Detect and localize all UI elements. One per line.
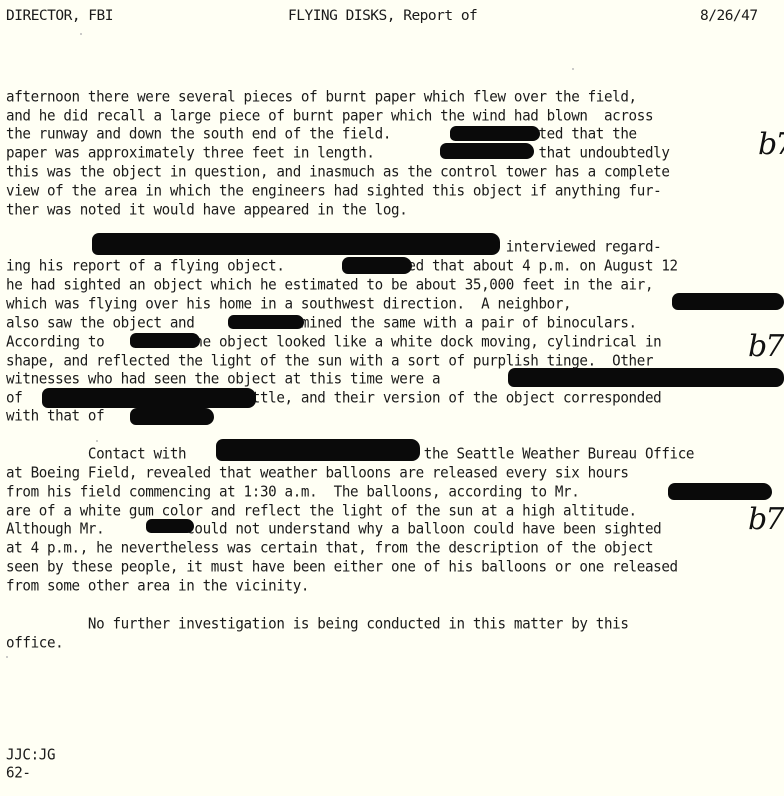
- text-line: this was the object in question, and ina…: [6, 163, 670, 182]
- redaction-bar: [668, 483, 772, 500]
- text-line: No further investigation is being conduc…: [6, 615, 629, 634]
- header-recipient: DIRECTOR, FBI: [6, 8, 113, 24]
- redaction-bar: [42, 388, 256, 408]
- text-line: office.: [6, 634, 63, 653]
- redaction-bar: [130, 333, 200, 348]
- text-line: from some other area in the vicinity.: [6, 577, 309, 596]
- scan-speck: [80, 33, 82, 35]
- header-date: 8/26/47: [700, 8, 758, 24]
- text-line: the runway and down the south end of the…: [6, 125, 637, 144]
- text-line: from his field commencing at 1:30 a.m. T…: [6, 483, 579, 502]
- text-line: Although Mr. could not understand why a …: [6, 520, 661, 539]
- file-code: 62-: [6, 764, 31, 783]
- redaction-bar: [342, 257, 412, 274]
- handwritten-exemption-mark: b7: [748, 505, 782, 535]
- handwritten-exemption-mark: b7: [758, 130, 784, 160]
- redaction-bar: [92, 233, 500, 255]
- typist-initials: JJC:JG: [6, 746, 55, 765]
- text-line: are of a white gum color and reflect the…: [6, 502, 637, 521]
- redaction-bar: [672, 293, 784, 310]
- text-line: ther was noted it would have appeared in…: [6, 201, 407, 220]
- document-page: DIRECTOR, FBI FLYING DISKS, Report of 8/…: [0, 0, 784, 796]
- text-line: paper was approximately three feet in le…: [6, 144, 670, 163]
- scan-speck: [572, 68, 574, 70]
- redaction-bar: [146, 519, 194, 533]
- redaction-bar: [440, 143, 534, 159]
- redaction-bar: [130, 408, 214, 425]
- scan-speck: [6, 656, 8, 658]
- redaction-bar: [228, 315, 304, 329]
- text-line: and he did recall a large piece of burnt…: [6, 107, 653, 126]
- text-line: witnesses who had seen the object at thi…: [6, 370, 440, 389]
- text-line: afternoon there were several pieces of b…: [6, 88, 637, 107]
- text-line: According to the object looked like a wh…: [6, 333, 661, 352]
- text-line: he had sighted an object which he estima…: [6, 276, 653, 295]
- header-subject: FLYING DISKS, Report of: [288, 8, 477, 24]
- text-line: seen by these people, it must have been …: [6, 558, 678, 577]
- text-line: at Boeing Field, revealed that weather b…: [6, 464, 629, 483]
- redaction-bar: [450, 126, 540, 141]
- text-line: also saw the object and examined the sam…: [6, 314, 637, 333]
- text-line: at 4 p.m., he nevertheless was certain t…: [6, 539, 653, 558]
- text-line: with that of: [6, 407, 104, 426]
- redaction-bar: [508, 368, 784, 387]
- redaction-bar: [216, 439, 420, 461]
- text-line: which was flying over his home in a sout…: [6, 295, 571, 314]
- scan-speck: [96, 440, 98, 442]
- text-line: view of the area in which the engineers …: [6, 182, 661, 201]
- handwritten-exemption-mark: b7: [748, 332, 782, 362]
